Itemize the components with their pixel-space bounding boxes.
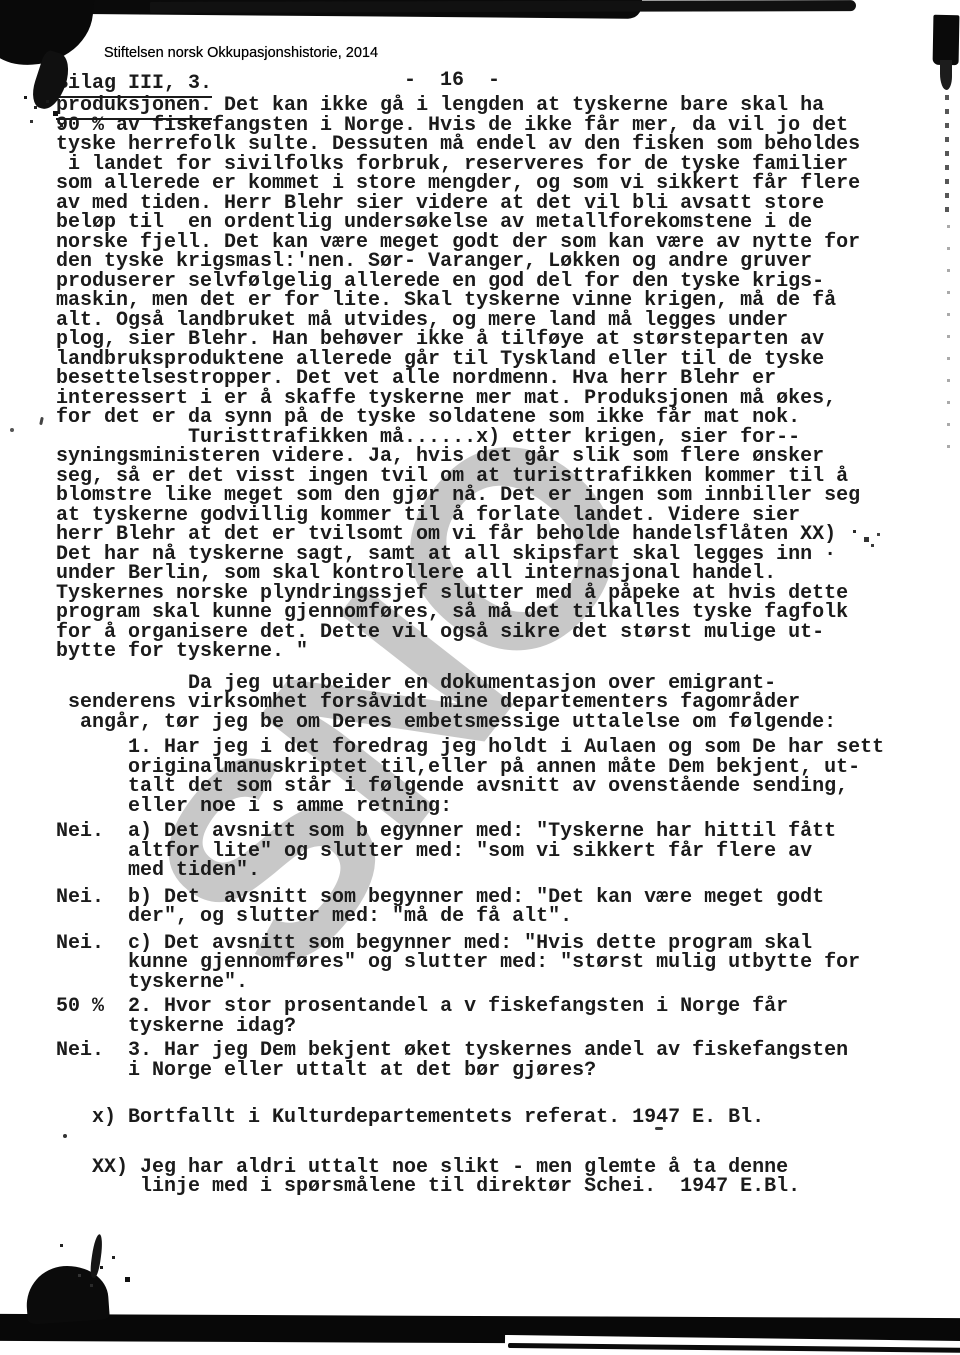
paragraph-1: produksjonen. Det kan ikke gå i lengden … [56,96,884,662]
typed-line: syningsministeren videre. Ja, hvis det g… [56,447,884,467]
scan-artifact-top-right-mark [933,15,960,65]
typed-line: med tiden". [56,861,884,881]
typed-line: senderens virksomhet forsåvidt mine depa… [56,693,884,713]
scan-artifact-top-edge-streak [150,0,856,13]
typed-line: eller noe i s amme retning: [56,797,884,817]
scan-artifact-left-margin-speck [39,417,44,425]
digitization-stamp: Stiftelsen norsk Okkupasjonshistorie, 20… [104,45,378,61]
scan-artifact-bottom-left-spike [89,1234,104,1279]
page-number: - 16 - [404,69,500,92]
typed-line: tyske herrefolk sulte. Dessuten må endel… [56,135,884,155]
scan-artifact-top-right-drip [940,60,952,90]
typed-line: bytte for tyskerne. " [56,642,884,662]
typed-line: i Norge eller uttalt at det bør gjøres? [56,1061,884,1081]
paragraph-1-lines: 90 % av fiskefangsten i Norge. Hvis de i… [56,116,884,662]
scan-artifact-footnote-speck [63,1134,67,1138]
scan-artifact-footnote-dash [655,1127,663,1130]
typed-line-opening: produksjonen. Det kan ikke gå i lengden … [56,96,884,116]
scan-artifact-top-left-speckles [24,96,27,99]
question-3-with-margin-note: Nei. 3. Har jeg Dem bekjent øket tyskern… [56,1041,884,1080]
footnote-x: x) Bortfallt i Kulturdepartementets refe… [56,1108,884,1128]
typed-line: kunne gjennomføres" og slutter med: "stø… [56,953,884,973]
typed-line: herr Blehr at det er tvilsomt om vi får … [56,525,884,545]
scan-artifact-bottom-left-speckles [60,1244,63,1247]
scanned-document-page: SNO Stiftelsen norsk Okkupasjonshistorie… [0,0,960,1355]
typed-line: blomstre like meget som den gjør nå. Det… [56,486,884,506]
answer-b-with-margin-note: Nei. b) Det avsnitt som begynner med: "D… [56,888,884,927]
answer-c-with-margin-note: Nei. c) Det avsnitt som begynner med: "H… [56,934,884,993]
footnote-xx: XX) Jeg har aldri uttalt noe slikt - men… [56,1158,884,1197]
question-1: 1. Har jeg i det foredrag jeg holdt i Au… [56,738,884,816]
typed-line: den tyske krigsmasl:'nen. Sør- Varanger,… [56,252,884,272]
answer-a-with-margin-note: Nei. a) Det avsnitt som b egynner med: "… [56,822,884,881]
typed-line: under Berlin, som skal kontrollere all i… [56,564,884,584]
typed-line: for det er da synn på de tyske soldatene… [56,408,884,428]
typed-line: som allerede er kommet i store mengder, … [56,174,884,194]
typed-line: maskin, men det er for lite. Skal tysker… [56,291,884,311]
typed-line: angår, tør jeg be om Deres embetsmessige… [56,713,884,733]
typed-line: der", og slutter med: "må de få alt". [56,907,884,927]
typed-line: beløp til en ordentlig undersøkelse av m… [56,213,884,233]
paragraph-2: Da jeg utarbeider en dokumentasjon over … [56,674,884,733]
typed-line: besettelsestropper. Det vet alle nordmen… [56,369,884,389]
typed-line: plog, sier Blehr. Han behøver ikke å til… [56,330,884,350]
scan-artifact-right-edge-dots [945,95,949,215]
scan-artifact-right-edge-faint-dots [947,225,950,465]
typed-line: 50 % 2. Hvor stor prosentandel a v fiske… [56,997,884,1017]
typed-line: tyskerne". [56,973,884,993]
question-2-with-margin-note: 50 % 2. Hvor stor prosentandel a v fiske… [56,997,884,1036]
typed-line: tyskerne idag? [56,1017,884,1037]
typewritten-body: produksjonen. Det kan ikke gå i lengden … [56,96,884,1197]
typed-line: Nei. 3. Har jeg Dem bekjent øket tyskern… [56,1041,884,1061]
typed-line: Nei. a) Det avsnitt som b egynner med: "… [56,822,884,842]
scan-artifact-left-edge-speck [10,428,14,432]
typed-line: program skal kunne gjennomføres, så må d… [56,603,884,623]
typed-line: x) Bortfallt i Kulturdepartementets refe… [56,1108,884,1128]
typed-line: linje med i spørsmålene til direktør Sch… [56,1177,884,1197]
typed-line: talt det som står i følgende avsnitt av … [56,777,884,797]
scan-artifact-mid-right-marks [853,530,856,533]
typed-line: 1. Har jeg i det foredrag jeg holdt i Au… [56,738,884,758]
